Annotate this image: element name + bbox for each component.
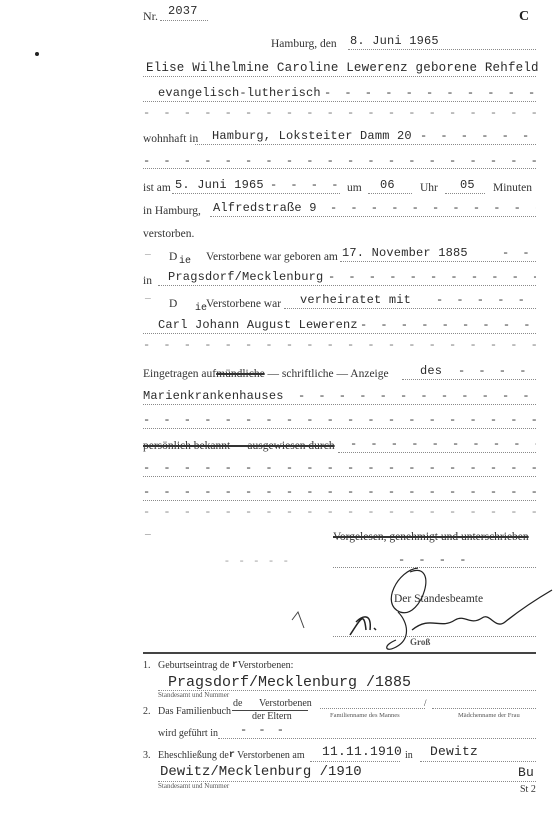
- marriage-place: Dewitz: [430, 744, 478, 759]
- marriage-registry: Dewitz/Mecklenburg /1910: [160, 764, 362, 780]
- ink-spot: [35, 52, 39, 56]
- reporter-name: Marienkrankenhauses: [143, 389, 284, 403]
- fraction-top: Verstorbenen: [259, 698, 312, 709]
- fill-dashes: - - - - - - - - - - - - - - - - - - - - …: [143, 154, 536, 168]
- marriage-date: 11.11.1910: [322, 744, 402, 759]
- form-letter: C: [519, 9, 529, 25]
- family-book-label: Das Familienbuch: [158, 706, 231, 717]
- birth-place-label: in: [143, 275, 152, 287]
- registration-date: 8. Juni 1965: [350, 34, 439, 48]
- reporter2-dotline: [143, 404, 536, 405]
- name-dotline: [143, 76, 536, 77]
- fill-dashes: - - - - - - - - -: [420, 129, 536, 143]
- birth-prefix-fill: ie: [179, 256, 191, 267]
- birth-place: Pragsdorf/Mecklenburg: [168, 270, 323, 284]
- nr-dotline: [160, 20, 208, 21]
- note-1-label-a: Geburtseintrag de: [158, 660, 229, 671]
- fill-dashes: - - - - - - - - - - - - - - - - - - - - …: [143, 461, 536, 475]
- husband-dotline: [320, 708, 425, 709]
- note-1-fill: r: [232, 660, 238, 671]
- date-dotline: [348, 49, 536, 50]
- registration-label-start: Eingetragen auf: [143, 368, 216, 380]
- fraction-top-prefix: de: [233, 698, 242, 709]
- death-date-label: ist am: [143, 182, 171, 194]
- place-date-label: Hamburg, den: [271, 38, 337, 50]
- identity-dotline: [338, 452, 536, 453]
- fill-dashes: - - - - - - - - - - - - - - - - - - - - …: [143, 106, 536, 120]
- note-3-fill: r: [229, 750, 235, 761]
- um-label: um: [347, 182, 362, 194]
- fill-dashes: - - - - -: [270, 178, 340, 192]
- religion-dotline: [143, 101, 536, 102]
- kept-in-label: wird geführt in: [158, 728, 218, 739]
- spouse-name: Carl Johann August Lewerenz: [158, 318, 358, 332]
- fill-dashes: - - - - - - - - - - - - - - -: [298, 389, 536, 403]
- minuten-label: Minuten: [493, 182, 532, 194]
- residence-value: Hamburg, Loksteiter Damm 20: [212, 129, 412, 143]
- struck-read-approved: Vorgelesen, genehmigt und unterschrieben: [333, 531, 529, 543]
- margin-dash: –: [145, 528, 151, 540]
- residence2-dotline: [143, 168, 536, 169]
- death-minute: 05: [460, 178, 475, 192]
- fill-dashes: - - - - - - - - - - - - - - - - - - - - …: [143, 485, 536, 499]
- nr-label: Nr.: [143, 9, 158, 24]
- verstorben-label: verstorben.: [143, 228, 194, 240]
- wife-dotline: [432, 708, 536, 709]
- kept-in-dotline: [218, 738, 536, 739]
- residence-label: wohnhaft in: [143, 133, 198, 145]
- death-date-dotline: [172, 193, 340, 194]
- blank-dotline: [143, 476, 536, 477]
- uhr-label: Uhr: [420, 182, 438, 194]
- birth-date-dotline: [340, 261, 536, 262]
- margin-dash: –: [145, 248, 151, 260]
- fill-dashes: - - - - - - - - - - - -: [350, 437, 536, 451]
- fill-dashes: - - - - -: [458, 364, 536, 378]
- marriage-dotline: [284, 308, 536, 309]
- note-3-label: Eheschließung der Verstorbenen am: [158, 750, 305, 762]
- minute-dotline: [445, 193, 485, 194]
- note-1-caption: Standesamt und Nummer: [158, 691, 229, 699]
- blank-dotline: [143, 428, 536, 429]
- spouse-dotline: [143, 333, 536, 334]
- death-place: Alfredstraße 9: [213, 201, 317, 215]
- fill-dashes: - - - - - - - - - - - - - - - - - - - - …: [143, 413, 536, 427]
- note-1-label: Geburtseintrag de rVerstorbenen:: [158, 660, 293, 672]
- form-code: St 2: [520, 784, 536, 795]
- margin-dashes: - - - - -: [225, 555, 292, 567]
- husband-caption: Familienname des Mannes: [330, 712, 400, 719]
- note-2-number: 2.: [143, 706, 151, 717]
- birth-label: Verstorbene war geboren am: [206, 251, 338, 263]
- fill-dashes: - - - - - - - - - - - - - -: [330, 201, 536, 215]
- birth-date: 17. November 1885: [342, 246, 468, 260]
- fill-dashes: - -: [502, 246, 536, 260]
- deceased-name: Elise Wilhelmine Caroline Lewerenz gebor…: [146, 61, 539, 75]
- death-place-dotline: [210, 216, 536, 217]
- section-divider: [143, 652, 536, 654]
- record-number: 2037: [168, 4, 198, 18]
- residence-dotline: [195, 144, 536, 145]
- fill-dashes: - - - - - - - - - - - - - - -: [324, 86, 536, 100]
- struck-identity-label: persönlich bekannt — ausgewiesen durch: [143, 440, 335, 452]
- death-hour: 06: [380, 178, 395, 192]
- religion: evangelisch-lutherisch: [158, 86, 321, 100]
- separator-dash: —: [268, 368, 280, 380]
- marriage-in-label: in: [405, 750, 413, 761]
- birth-place-dotline: [158, 285, 536, 286]
- written-option: schriftliche: [282, 368, 334, 380]
- birth-registry: Pragsdorf/Mecklenburg /1885: [168, 674, 411, 691]
- name-separator: /: [424, 698, 427, 708]
- kept-in-value: - - -: [240, 723, 286, 737]
- note-3-caption: Standesamt und Nummer: [158, 782, 229, 790]
- clerk-initials: Bu: [518, 765, 534, 780]
- death-place-label: in Hamburg,: [143, 205, 201, 217]
- note-1-number: 1.: [143, 660, 151, 671]
- death-date: 5. Juni 1965: [175, 178, 264, 192]
- reporter-dotline: [402, 379, 536, 380]
- marriage-place-dotline: [420, 761, 536, 762]
- fill-dashes: - - - - - - - - - - - -: [360, 318, 536, 332]
- handwritten-signature: [290, 560, 558, 655]
- fill-dashes: - - - - - - - - - - - - - -: [328, 270, 536, 284]
- note-3-number: 3.: [143, 750, 151, 761]
- fill-dashes: - - - - - - - - - - - - - - - - - - - - …: [143, 338, 536, 352]
- note-3-label-a: Eheschließung de: [158, 750, 229, 761]
- note-1-label-b: Verstorbenen:: [238, 660, 294, 671]
- fraction-bottom: der Eltern: [252, 711, 292, 722]
- marriage-label: Verstorbene war: [206, 298, 281, 310]
- hour-dotline: [368, 193, 412, 194]
- struck-oral-option: mündliche: [216, 368, 265, 380]
- wife-caption: Mädchenname der Frau: [458, 712, 520, 719]
- reporter-des: des: [420, 364, 442, 378]
- margin-dash: –: [145, 292, 151, 304]
- marital-status: verheiratet mit: [300, 293, 411, 307]
- marriage-prefix: D: [169, 298, 177, 310]
- separator-dash: —: [337, 368, 349, 380]
- marriage-date-dotline: [310, 761, 400, 762]
- birth-prefix: D: [169, 251, 177, 263]
- registration-label: Eingetragen aufmündliche — schriftliche …: [143, 368, 389, 380]
- blank-dotline: [143, 500, 536, 501]
- fill-dashes: - - - - - - - - - - - - - - - - - - - - …: [143, 505, 536, 519]
- fill-dashes: - - - - - - -: [436, 293, 536, 307]
- anzeige-label: Anzeige: [350, 368, 388, 380]
- note-3-label-b: Verstorbenen am: [237, 750, 304, 761]
